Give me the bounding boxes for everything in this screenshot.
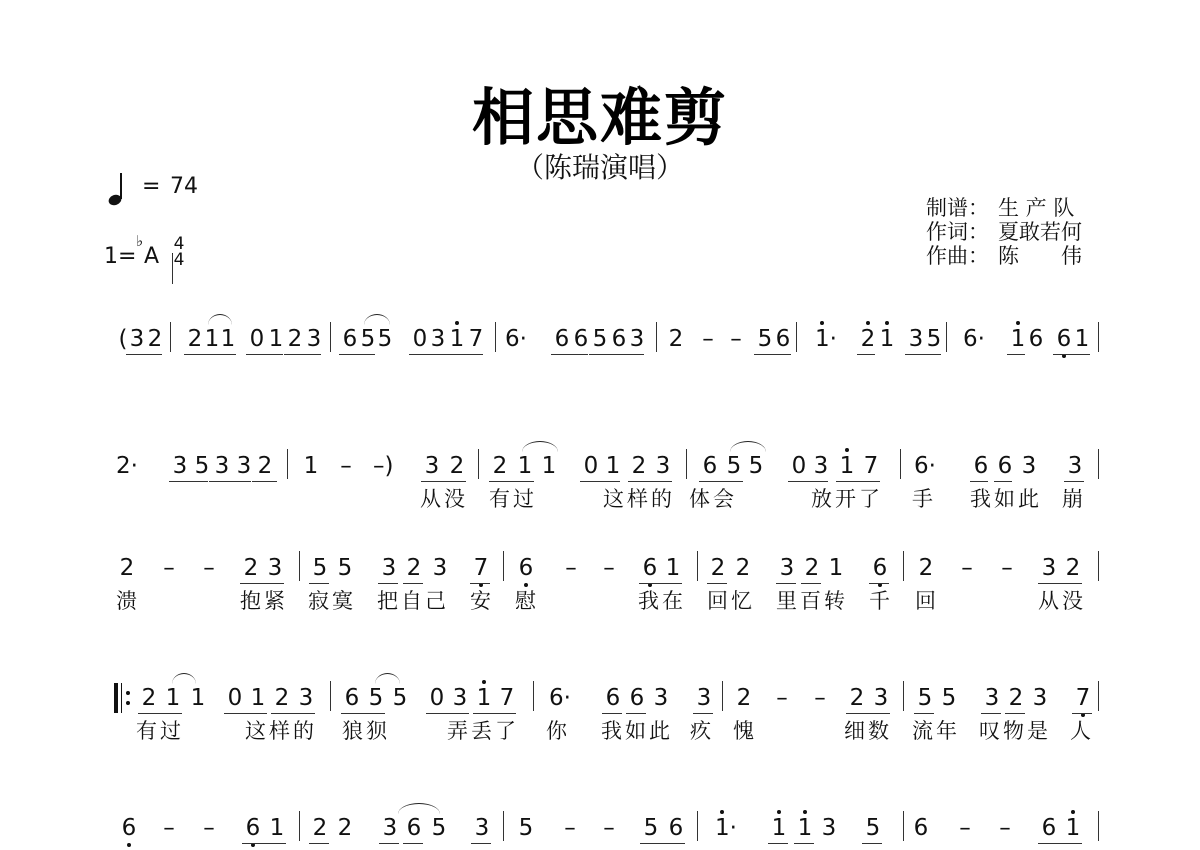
- note: 3: [812, 453, 830, 479]
- note: 3: [1031, 685, 1049, 711]
- tie-slur: [522, 441, 558, 452]
- beam-underline: [446, 354, 483, 355]
- lyric: 这样的: [603, 487, 675, 511]
- beam-underline: [271, 713, 315, 714]
- barline: [170, 322, 171, 352]
- barline: [299, 811, 300, 841]
- tie-slur: [730, 441, 766, 452]
- octave-up-dot: [1016, 321, 1020, 325]
- note: –: [727, 326, 745, 352]
- note: 2: [242, 555, 260, 581]
- note: 3: [213, 453, 231, 479]
- beam-underline: [252, 481, 277, 482]
- note: 1: [164, 685, 182, 711]
- repeat-thin: [121, 683, 122, 713]
- note: 3: [380, 555, 398, 581]
- beam-underline: [1038, 583, 1082, 584]
- note: 3: [1040, 555, 1058, 581]
- tie-slur: [172, 673, 196, 684]
- note: 5: [940, 685, 958, 711]
- note: 6: [641, 555, 659, 581]
- note: 7: [1074, 685, 1092, 711]
- lyric: 里百转: [776, 589, 848, 613]
- barline: [903, 551, 904, 581]
- beam-underline: [794, 843, 814, 844]
- note: 6: [972, 453, 990, 479]
- lyric: 我如此: [601, 719, 673, 743]
- barline: [900, 449, 901, 479]
- note: 3: [297, 685, 315, 711]
- note: 5: [336, 555, 354, 581]
- note: –: [811, 685, 829, 711]
- note: 6·: [505, 326, 535, 352]
- note: 3: [128, 326, 146, 352]
- beam-underline: [970, 481, 988, 482]
- beam-underline: [589, 354, 626, 355]
- lyric: 慰: [515, 589, 539, 613]
- note: 6·: [549, 685, 579, 711]
- note: 3: [171, 453, 189, 479]
- note: 3: [381, 815, 399, 841]
- beam-underline: [246, 354, 283, 355]
- beam-underline: [240, 583, 284, 584]
- barline: [697, 551, 698, 581]
- note: 2: [336, 815, 354, 841]
- note: 2: [491, 453, 509, 479]
- note: –: [561, 815, 579, 841]
- note: 1: [878, 326, 896, 352]
- barline: [495, 322, 496, 352]
- beam-underline: [801, 583, 821, 584]
- note: 1: [249, 685, 267, 711]
- beam-underline: [994, 481, 1012, 482]
- note: 7: [472, 555, 490, 581]
- beam-underline: [1072, 713, 1092, 714]
- credit-composer: 作曲： 陈 伟: [926, 244, 1082, 268]
- note: –: [958, 555, 976, 581]
- note: 2: [273, 685, 291, 711]
- note: 5: [376, 326, 394, 352]
- lyric: 崩: [1062, 487, 1086, 511]
- note: 2: [405, 555, 423, 581]
- note: 3: [778, 555, 796, 581]
- lyric: 我如此: [970, 487, 1042, 511]
- lyric: 放开了: [811, 487, 883, 511]
- note: –: [160, 815, 178, 841]
- note: 5: [517, 815, 535, 841]
- octave-up-dot: [845, 448, 849, 452]
- note: 3: [1020, 453, 1038, 479]
- note: 6: [553, 326, 571, 352]
- note: –: [996, 815, 1014, 841]
- note: 6·: [963, 326, 993, 352]
- note: 3: [652, 685, 670, 711]
- octave-up-dot: [866, 321, 870, 325]
- beam-underline: [489, 481, 534, 482]
- note: 1: [838, 453, 856, 479]
- barline: [533, 681, 534, 711]
- octave-down-dot: [524, 583, 528, 587]
- note: 3: [695, 685, 713, 711]
- beam-underline: [126, 354, 162, 355]
- note: 2: [859, 326, 877, 352]
- note: 6: [517, 555, 535, 581]
- note: 6·: [914, 453, 944, 479]
- beam-underline: [1064, 481, 1084, 482]
- note: 3: [872, 685, 890, 711]
- tempo-bpm: 74: [170, 174, 198, 199]
- note: 1: [827, 555, 845, 581]
- note: 2·: [116, 453, 146, 479]
- note: 6: [343, 685, 361, 711]
- note: 6: [628, 685, 646, 711]
- beam-underline: [409, 354, 446, 355]
- note: 2: [311, 815, 329, 841]
- note: 1: [796, 815, 814, 841]
- note: 5: [391, 685, 409, 711]
- note: 5: [430, 815, 448, 841]
- note: 6: [572, 326, 590, 352]
- note: 3: [820, 815, 838, 841]
- note: 3: [305, 326, 323, 352]
- note: 2: [735, 685, 753, 711]
- key-one: 1=: [104, 244, 136, 269]
- note: 6: [405, 815, 423, 841]
- note: 6: [912, 815, 930, 841]
- beam-underline: [378, 583, 398, 584]
- lyric: 叹物是: [979, 719, 1051, 743]
- note: –: [200, 555, 218, 581]
- note: 2: [1007, 685, 1025, 711]
- note: –: [562, 555, 580, 581]
- note: –: [600, 555, 618, 581]
- note: 3: [983, 685, 1001, 711]
- note: 5: [311, 555, 329, 581]
- note: 2: [1064, 555, 1082, 581]
- lyric: 手: [912, 487, 936, 511]
- beam-underline: [914, 713, 934, 714]
- time-divider: [172, 253, 173, 284]
- repeat-d1: [126, 691, 130, 695]
- lyric: 有过: [136, 719, 184, 743]
- tie-slur: [208, 314, 232, 325]
- note: 5: [193, 453, 211, 479]
- note: 7: [862, 453, 880, 479]
- lyric: 回忆: [707, 589, 755, 613]
- note: 5: [642, 815, 660, 841]
- barline: [478, 449, 479, 479]
- beam-underline: [551, 354, 588, 355]
- tie-slur: [398, 803, 440, 814]
- beam-underline: [184, 354, 236, 355]
- tempo-equals: =: [142, 174, 160, 199]
- note: 2: [917, 555, 935, 581]
- lyric: 人: [1070, 719, 1094, 743]
- lyric: 有过: [489, 487, 537, 511]
- lyric: 从没: [1038, 589, 1086, 613]
- note: 3: [451, 685, 469, 711]
- note: 6: [701, 453, 719, 479]
- beam-underline: [403, 843, 423, 844]
- beam-underline: [284, 354, 321, 355]
- lyric: 愧: [733, 719, 757, 743]
- beam-underline: [626, 713, 646, 714]
- lyric: 细数: [844, 719, 892, 743]
- song-title: 相思难剪: [0, 68, 1200, 157]
- beam-underline: [776, 583, 796, 584]
- note: 2: [848, 685, 866, 711]
- lyric: 弄丢了: [447, 719, 519, 743]
- barline: [903, 681, 904, 711]
- beam-underline: [341, 713, 385, 714]
- note: 5: [591, 326, 609, 352]
- barline: [722, 681, 723, 711]
- key-letter: A: [144, 244, 159, 269]
- note: 6: [1040, 815, 1058, 841]
- barline: [287, 449, 288, 479]
- lyric: 体会: [689, 487, 737, 511]
- barline: [686, 449, 687, 479]
- beam-underline: [862, 843, 882, 844]
- note: 2: [256, 453, 274, 479]
- beam-underline: [1005, 713, 1025, 714]
- note: 0: [790, 453, 808, 479]
- note: 1·: [715, 815, 745, 841]
- beam-underline: [869, 583, 889, 584]
- note: 1: [540, 453, 558, 479]
- lyric: 流年: [912, 719, 960, 743]
- beam-underline: [640, 843, 685, 844]
- note: 1: [604, 453, 622, 479]
- note: 3: [907, 326, 925, 352]
- credit-arranger: 制谱： 生 产 队: [926, 196, 1082, 220]
- note: 7: [498, 685, 516, 711]
- beam-underline: [788, 481, 828, 482]
- note: 1: [475, 685, 493, 711]
- note: 2: [734, 555, 752, 581]
- beam-underline: [209, 481, 251, 482]
- note: 0: [428, 685, 446, 711]
- beam-underline: [580, 481, 620, 482]
- lyric: 这样的: [245, 719, 317, 743]
- beam-underline: [339, 354, 375, 355]
- note: –: [337, 453, 355, 479]
- octave-up-dot: [455, 321, 459, 325]
- note: 3: [628, 326, 646, 352]
- note: –: [699, 326, 717, 352]
- octave-up-dot: [482, 680, 486, 684]
- beam-underline: [602, 713, 622, 714]
- barline: [1098, 811, 1099, 841]
- note: 6: [1055, 326, 1073, 352]
- lyric: 狼狈: [342, 719, 390, 743]
- beam-underline: [981, 713, 1001, 714]
- beam-underline: [471, 843, 491, 844]
- note: 1: [268, 815, 286, 841]
- note: 6: [604, 685, 622, 711]
- key-signature: 1= ♭ A 4 4: [104, 238, 224, 278]
- beam-underline: [693, 713, 713, 714]
- octave-up-dot: [885, 321, 889, 325]
- note: –: [160, 555, 178, 581]
- note: 3: [473, 815, 491, 841]
- barline: [503, 551, 504, 581]
- note: 1: [1064, 815, 1082, 841]
- note: 3: [423, 453, 441, 479]
- beam-underline: [379, 843, 399, 844]
- note: 5: [756, 326, 774, 352]
- note: 5: [359, 326, 377, 352]
- barline: [503, 811, 504, 841]
- note: 6: [120, 815, 138, 841]
- note: 5: [367, 685, 385, 711]
- barline: [946, 322, 947, 352]
- note: 3: [431, 555, 449, 581]
- note: –: [956, 815, 974, 841]
- barline: [1098, 551, 1099, 581]
- note: 0: [248, 326, 266, 352]
- lyric: 从没: [420, 487, 468, 511]
- note: 0: [411, 326, 429, 352]
- beam-underline: [768, 843, 788, 844]
- lyric: 回: [915, 589, 939, 613]
- note: 1: [1009, 326, 1027, 352]
- note: –: [773, 685, 791, 711]
- lyric: 把自己: [377, 589, 449, 613]
- credits: 制谱： 生 产 队 作词： 夏敢若何 作曲： 陈 伟: [926, 196, 1082, 268]
- lyric: 抱紧: [240, 589, 288, 613]
- note: 6: [871, 555, 889, 581]
- note: 2: [803, 555, 821, 581]
- note: 1: [267, 326, 285, 352]
- tie-slur: [364, 314, 390, 325]
- note: 6: [667, 815, 685, 841]
- beam-underline: [626, 354, 644, 355]
- note: 6: [1027, 326, 1045, 352]
- note: 6: [996, 453, 1014, 479]
- note: –: [600, 815, 618, 841]
- note: 1: [516, 453, 534, 479]
- note: 6: [244, 815, 262, 841]
- note: 1: [664, 555, 682, 581]
- beam-underline: [836, 481, 880, 482]
- note: 2: [186, 326, 204, 352]
- barline: [697, 811, 698, 841]
- note: 3: [654, 453, 672, 479]
- barline: [1098, 681, 1099, 711]
- octave-up-dot: [1071, 810, 1075, 814]
- octave-up-dot: [720, 810, 724, 814]
- beam-underline: [421, 481, 466, 482]
- note: 7: [467, 326, 485, 352]
- lyric: 我在: [638, 589, 686, 613]
- beam-underline: [426, 713, 469, 714]
- repeat-d2: [126, 701, 130, 705]
- note: 5: [925, 326, 943, 352]
- beam-underline: [905, 354, 941, 355]
- barline: [299, 551, 300, 581]
- note: 1: [448, 326, 466, 352]
- beam-underline: [169, 481, 208, 482]
- credit-lyricist: 作词： 夏敢若何: [926, 220, 1082, 244]
- barline: [330, 681, 331, 711]
- note: 1: [189, 685, 207, 711]
- beam-underline: [1053, 354, 1090, 355]
- note: 3: [235, 453, 253, 479]
- beam-underline: [628, 481, 672, 482]
- note: 6: [774, 326, 792, 352]
- note: 1: [770, 815, 788, 841]
- octave-down-dot: [127, 843, 131, 847]
- beam-underline: [707, 583, 727, 584]
- lyric: 疚: [690, 719, 714, 743]
- octave-up-dot: [777, 810, 781, 814]
- beam-underline: [470, 583, 490, 584]
- note: 2: [630, 453, 648, 479]
- beam-underline: [857, 354, 875, 355]
- note: 5: [864, 815, 882, 841]
- note: 1: [302, 453, 320, 479]
- barline: [1098, 449, 1099, 479]
- barline: [1098, 322, 1099, 352]
- barline: [330, 322, 331, 352]
- beam-underline: [242, 843, 286, 844]
- note: 2: [118, 555, 136, 581]
- barline: [656, 322, 657, 352]
- note: 3: [1066, 453, 1084, 479]
- beam-underline: [699, 481, 743, 482]
- note: 3: [429, 326, 447, 352]
- note: 0: [226, 685, 244, 711]
- lyric: 安: [470, 589, 494, 613]
- note: –: [998, 555, 1016, 581]
- beam-underline: [224, 713, 267, 714]
- beam-underline: [1038, 843, 1082, 844]
- note: 3: [266, 555, 284, 581]
- repeat-thick: [114, 683, 118, 713]
- note: 2: [709, 555, 727, 581]
- quarter-note-icon: [108, 172, 126, 206]
- octave-up-dot: [803, 810, 807, 814]
- note: 0: [582, 453, 600, 479]
- note: 5: [916, 685, 934, 711]
- note: 1: [219, 326, 237, 352]
- beam-underline: [473, 713, 516, 714]
- lyric: 溃: [116, 589, 140, 613]
- flat-icon: ♭: [136, 232, 143, 250]
- barline: [903, 811, 904, 841]
- note: 1·: [815, 326, 845, 352]
- beam-underline: [138, 713, 182, 714]
- beam-underline: [403, 583, 423, 584]
- note: 6: [341, 326, 359, 352]
- note: 2: [140, 685, 158, 711]
- lyric: 寂寞: [308, 589, 356, 613]
- note: –): [373, 453, 403, 479]
- lyric: 你: [546, 719, 570, 743]
- lyric: 千: [869, 589, 893, 613]
- note: 6: [610, 326, 628, 352]
- beam-underline: [309, 583, 329, 584]
- note: 2: [286, 326, 304, 352]
- beam-underline: [639, 583, 682, 584]
- note: 5: [725, 453, 743, 479]
- note: 1: [1073, 326, 1091, 352]
- time-bottom: 4: [174, 250, 185, 270]
- note: 2: [448, 453, 466, 479]
- time-signature: 4 4: [172, 236, 186, 268]
- note: 2: [146, 326, 164, 352]
